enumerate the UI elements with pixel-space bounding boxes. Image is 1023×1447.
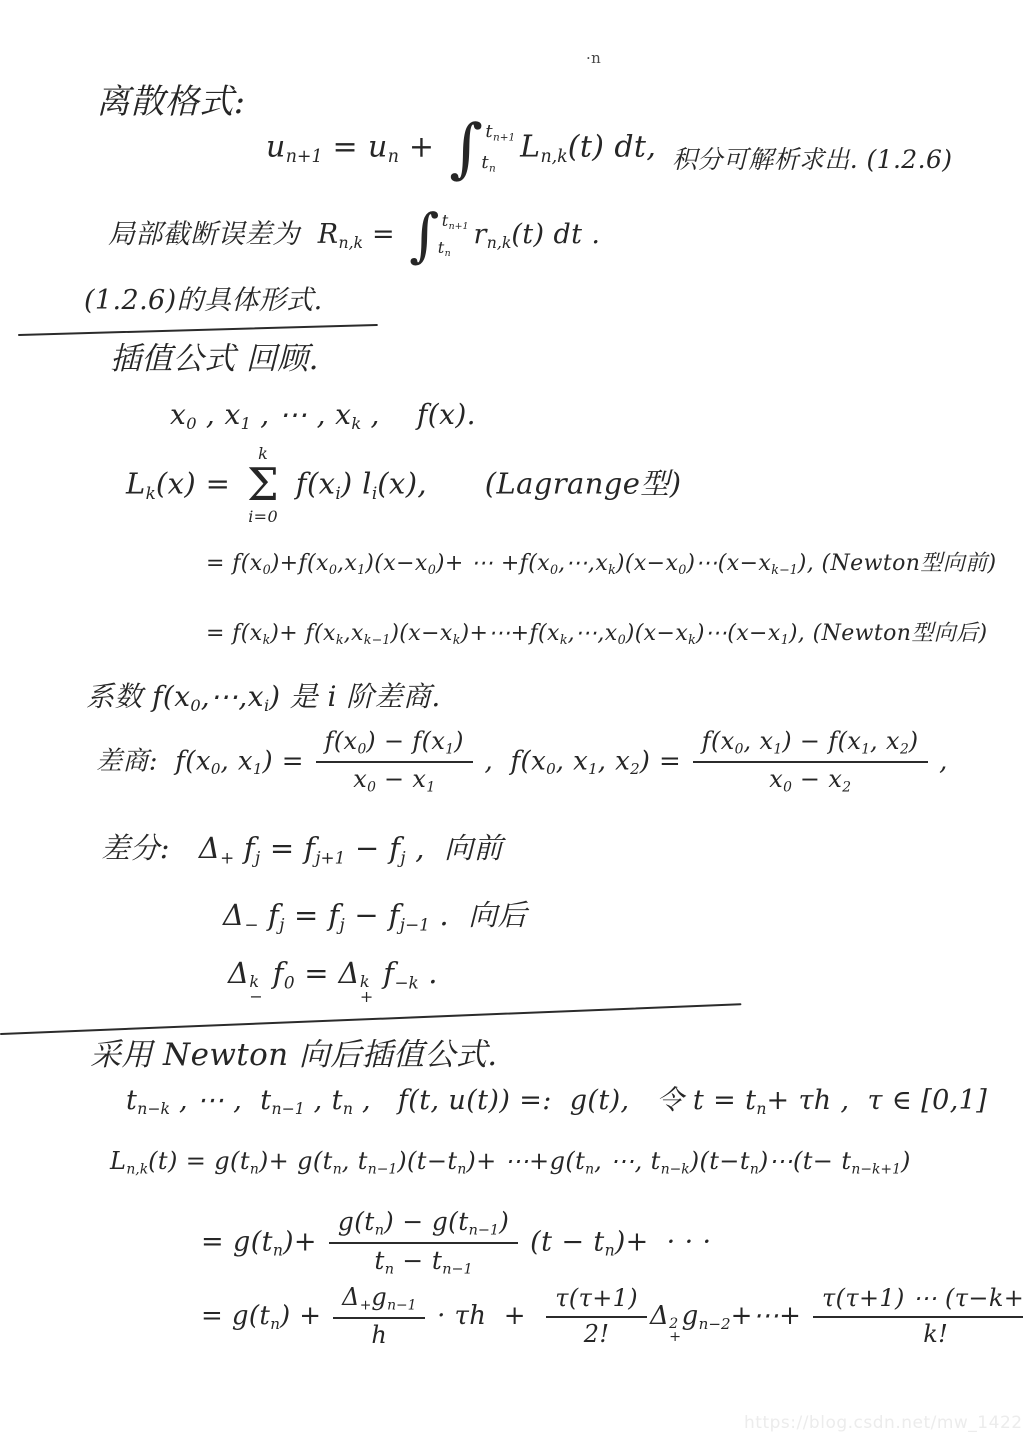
handwritten-notes-page: ·n 离散格式: un+1 = un + ∫tn+1tnLn,k(t) dt, …	[0, 0, 1023, 1447]
subscript: n−1	[469, 1223, 499, 1239]
subscript: n−1	[368, 1161, 397, 1177]
fraction: Δ+gn−1h	[333, 1284, 425, 1350]
subscript: k	[608, 563, 616, 578]
fraction: τ(τ+1) ⋯ (τ−k+1)k!	[813, 1285, 1023, 1348]
subscript: 2	[842, 780, 851, 796]
heading-concrete-form: (1.2.6)的具体形式.	[84, 286, 323, 316]
subscript: k	[146, 483, 156, 503]
formula-discrete-scheme: un+1 = un + ∫tn+1tnLn,k(t) dt,	[266, 118, 656, 179]
subscript: n+1	[449, 221, 469, 232]
subscript: n	[333, 1161, 342, 1177]
formula-lagrange-form: Lk(x) = kΣi=0 f(xi) li(x), (Lagrange型)	[126, 446, 681, 525]
formula-newton-forward: = f(x0)+f(x0,x1)(x−x0)+ ⋯ +f(x0,⋯,xk)(x−…	[206, 552, 996, 578]
subscript: 0	[367, 780, 376, 796]
subscript: n	[457, 1161, 466, 1177]
subscript: n−k	[137, 1099, 170, 1118]
subscript: 0	[329, 563, 337, 578]
formula-local-truncation-error: 局部截断误差为 Rn,k = ∫tn+1tnrn,k(t) dt .	[108, 208, 600, 263]
subscript: n,k	[487, 233, 512, 252]
subscript: n,k	[540, 147, 567, 167]
formula-newton-backward: = f(xk)+ f(xk,xk−1)(x−xk)+⋯+f(xk,⋯,x0)(x…	[206, 622, 988, 648]
formula-lnk-step2: = g(tn)+ g(tn) − g(tn−1)tn − tn−1 (t − t…	[201, 1208, 712, 1278]
subscript: n,k	[126, 1161, 148, 1177]
sigma-sign: Σ	[247, 462, 279, 509]
subscript: n	[445, 248, 451, 259]
subscript: −	[244, 914, 258, 934]
subscript: 1	[773, 741, 782, 757]
integral: ∫tn+1tn	[449, 118, 515, 179]
subscript: 1	[861, 741, 870, 757]
subscript: n−2	[699, 1315, 731, 1333]
integral-sign: ∫	[449, 118, 483, 179]
stray-mark: ·n	[586, 50, 601, 67]
subscript: 0	[357, 741, 366, 757]
subscript: k	[688, 633, 696, 648]
sup-sub-stack: k+	[360, 974, 374, 1004]
subscript: n	[605, 1241, 615, 1260]
subscript: n	[585, 1161, 594, 1177]
subscript: j−1	[400, 914, 430, 934]
subscript: 0	[783, 780, 792, 796]
underline-concrete-form	[18, 324, 378, 336]
subscript: +	[360, 1297, 372, 1313]
subscript: 1	[445, 741, 454, 757]
subscript: n	[756, 1099, 766, 1118]
subscript: n	[375, 1223, 384, 1239]
subscript: n	[343, 1099, 353, 1118]
subscript: n−1	[442, 1262, 472, 1278]
formula-lnk-expansion: Ln,k(t) = g(tn)+ g(tn, tn−1)(t−tn)+ ⋯+g(…	[110, 1148, 911, 1178]
subscript: 1	[253, 760, 263, 778]
formula-divided-differences: 差商: f(x0, x1) = f(x0) − f(x1)x0 − x1 , f…	[96, 728, 948, 797]
subscript: n	[250, 1161, 259, 1177]
subscript: j+1	[315, 847, 345, 867]
subscript: 1	[241, 414, 251, 433]
subscript: 1	[426, 780, 435, 796]
subscript: 0	[186, 414, 196, 433]
subscript: n+1	[493, 132, 515, 144]
fraction: f(x0) − f(x1)x0 − x1	[316, 728, 473, 797]
subscript: n,k	[339, 233, 364, 252]
page-title: 离散格式:	[96, 84, 245, 121]
fraction: τ(τ+1)2!	[546, 1285, 647, 1348]
subscript: 2	[630, 760, 640, 778]
note-divided-difference-coefficient: 系数 f(x0,⋯,xi) 是 i 阶差商.	[86, 682, 441, 715]
subscript: k−1	[771, 563, 798, 578]
integral: ∫tn+1tn	[409, 208, 468, 263]
heading-newton-backward-interpolation: 采用 Newton 向后插值公式.	[90, 1038, 497, 1072]
subscript: 0	[550, 563, 558, 578]
line-substitution: tn−k , ⋯ , tn−1 , tn , f(t, u(t)) =: g(t…	[126, 1086, 987, 1117]
subscript: k	[336, 633, 344, 648]
subscript: k−1	[364, 633, 391, 648]
subscript: 0	[546, 760, 556, 778]
subscript: 2	[900, 741, 909, 757]
formula-forward-difference: 差分: Δ+ fj = fj+1 − fj , 向前	[101, 833, 503, 867]
fraction: f(x0, x1) − f(x1, x2)x0 − x2	[693, 728, 928, 797]
subscript: +	[220, 847, 234, 867]
subscript: k	[560, 633, 568, 648]
subscript: −k	[394, 972, 418, 992]
subscript: 1	[588, 760, 598, 778]
annotation-integral-solvable: 积分可解析求出. (1.2.6)	[672, 146, 952, 174]
subscript: n	[388, 147, 399, 167]
subscript: n−1	[387, 1297, 416, 1313]
subscript: n	[385, 1262, 394, 1278]
subscript: 0	[284, 972, 295, 992]
formula-lnk-step3: = g(tn) + Δ+gn−1h · τh + τ(τ+1)2!Δ2+gn−2…	[201, 1284, 1023, 1350]
fraction: g(tn) − g(tn−1)tn − tn−1	[329, 1208, 518, 1278]
formula-backward-difference: Δ− fj = fj − fj−1 . 向后	[223, 900, 527, 934]
subscript: 0	[190, 696, 200, 715]
subscript: 0	[618, 633, 626, 648]
subscript: n+1	[286, 147, 323, 167]
heading-interpolation-review: 插值公式 回顾.	[110, 342, 319, 376]
subscript: n−k	[661, 1161, 690, 1177]
subscript: n	[489, 163, 496, 175]
sup-sub-stack: 2+	[669, 1318, 681, 1345]
subscript: n−1	[272, 1099, 305, 1118]
subscript: n	[273, 1241, 283, 1260]
subscript: n−k+1	[851, 1161, 901, 1177]
subscript: 0	[263, 563, 271, 578]
subscript: n	[270, 1315, 280, 1333]
subscript: 0	[428, 563, 436, 578]
line-interpolation-nodes: x0 , x1 , ⋯ , xk , f(x).	[170, 400, 476, 433]
subscript: k	[351, 414, 361, 433]
subscript: 1	[781, 633, 789, 648]
formula-difference-identity: Δk− f0 = Δk+ f−k .	[228, 958, 438, 1004]
section-divider-line	[0, 1003, 741, 1035]
subscript: 0	[211, 760, 221, 778]
summation: kΣi=0	[247, 446, 279, 525]
watermark: https://blog.csdn.net/mw_1422102031	[744, 1414, 1023, 1433]
subscript: n	[750, 1161, 759, 1177]
sup-sub-stack: k−	[249, 974, 263, 1004]
integral-sign: ∫	[409, 208, 440, 263]
